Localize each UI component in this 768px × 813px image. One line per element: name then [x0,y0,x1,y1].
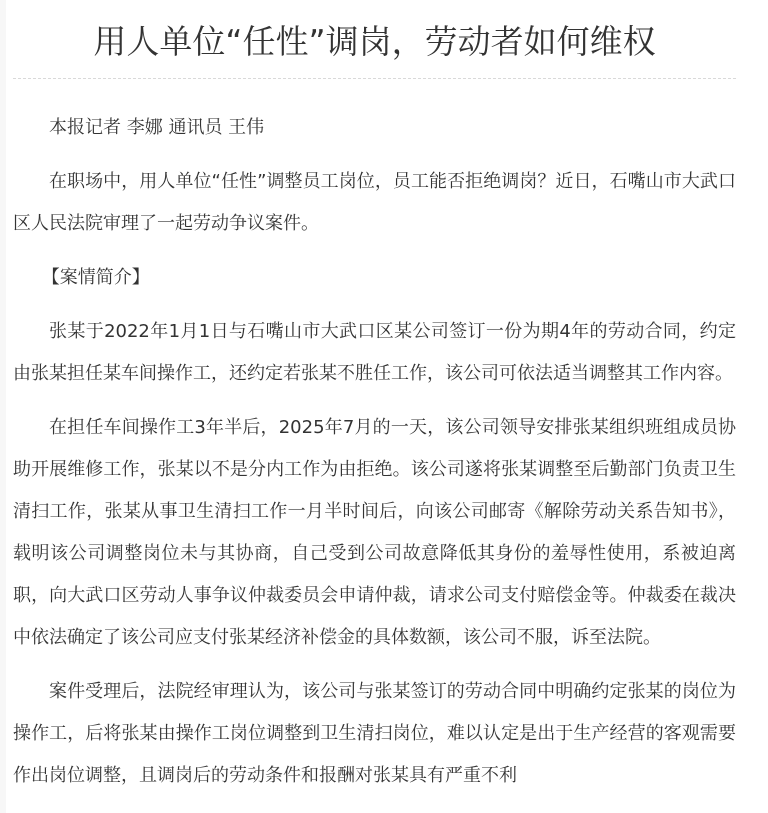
section-heading-case-summary: 【案情简介】 [13,257,736,299]
paragraph-court-ruling: 案件受理后，法院经审理认为，该公司与张某签订的劳动合同中明确约定张某的岗位为操作… [13,671,736,797]
article-title: 用人单位“任性”调岗，劳动者如何维权 [13,0,736,64]
paragraph-contract: 张某于2022年1月1日与石嘴山市大武口区某公司签订一份为期4年的劳动合同，约定… [13,311,736,395]
paragraph-intro: 在职场中，用人单位“任性”调整员工岗位，员工能否拒绝调岗？近日，石嘴山市大武口区… [13,161,736,245]
page-left-edge [0,0,6,813]
byline: 本报记者 李娜 通讯员 王伟 [13,107,736,149]
paragraph-dispute: 在担任车间操作工3年半后，2025年7月的一天，该公司领导安排张某组织班组成员协… [13,407,736,659]
article: 用人单位“任性”调岗，劳动者如何维权 本报记者 李娜 通讯员 王伟 在职场中，用… [13,0,736,809]
title-divider [13,78,736,79]
article-body: 本报记者 李娜 通讯员 王伟 在职场中，用人单位“任性”调整员工岗位，员工能否拒… [13,107,736,797]
